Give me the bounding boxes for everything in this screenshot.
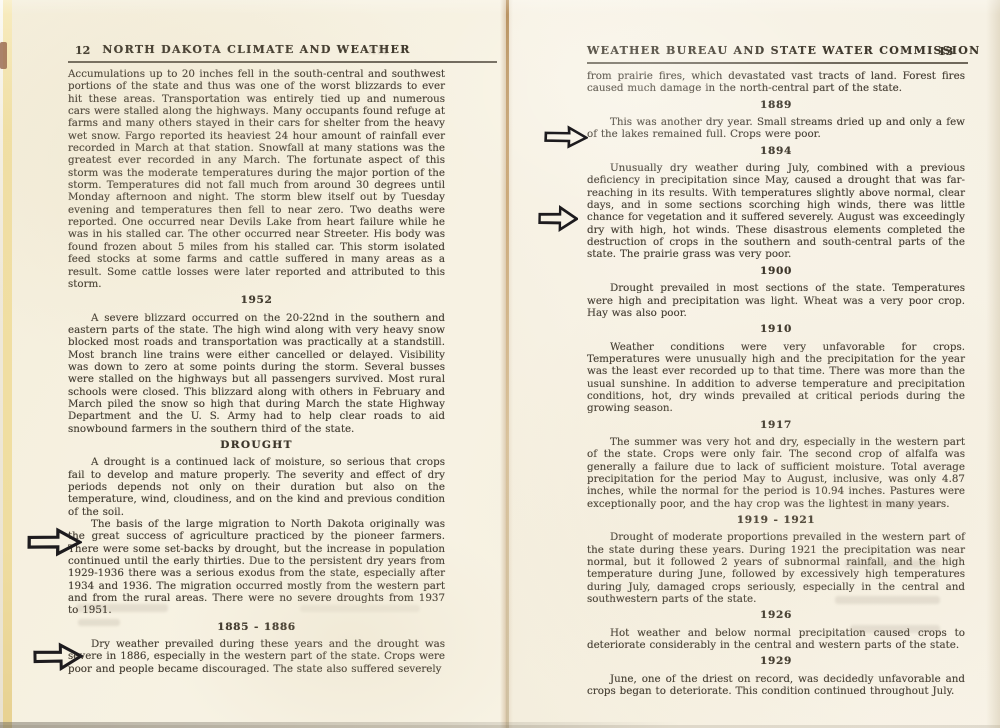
annotation-arrow-right-icon [27,527,82,558]
paragraph: The basis of the large migration to Nort… [68,518,445,617]
print-ghosting-smudge [850,625,940,633]
section-heading: 1900 [587,265,965,277]
annotation-arrow-right-icon [33,642,83,672]
paragraph: Drought of moderate proportions prevaile… [587,531,965,605]
paragraph: from prairie fires, which devastated vas… [587,70,965,95]
section-heading: 1929 [587,655,965,667]
annotation-arrow-right-icon [538,205,578,233]
header-rule-left [68,61,497,63]
paragraph: Drought prevailed in most sections of th… [587,282,965,319]
print-ghosting-smudge [78,619,120,626]
print-ghosting-smudge [860,500,940,508]
section-heading: 1952 [68,294,445,306]
book-edge-right [986,0,1000,728]
page-number-right: 13 [938,45,953,58]
book-scan: 12 NORTH DAKOTA CLIMATE AND WEATHER AM A… [0,0,1000,728]
paragraph: The summer was very hot and dry, especia… [587,436,965,510]
left-page: 12 NORTH DAKOTA CLIMATE AND WEATHER AM A… [0,0,505,728]
print-ghost-text: AM [368,46,389,57]
paragraph: A drought is a continued lack of moistur… [68,456,445,518]
section-heading: 1910 [587,323,965,335]
book-edge-left-yellow [3,0,12,728]
section-heading: 1889 [587,99,965,111]
paragraph: Unusually dry weather during July, combi… [587,162,965,261]
header-rule-right [587,62,968,64]
section-heading: 1917 [587,419,965,431]
section-heading: 1919 - 1921 [587,514,965,526]
print-ghosting-smudge [300,605,420,612]
left-page-body: Accumulations up to 20 inches fell in th… [68,68,445,675]
paragraph: This was another dry year. Small streams… [587,116,965,141]
book-edge-dark-mark [0,42,7,69]
running-title-right: WEATHER BUREAU AND STATE WATER COMMISSIO… [587,44,965,57]
print-ghosting-smudge [845,560,940,568]
right-page: WEATHER BUREAU AND STATE WATER COMMISSIO… [505,0,1000,728]
section-heading: 1885 - 1886 [68,621,445,633]
page-gutter-line [506,0,509,728]
section-heading: 1926 [587,609,965,621]
paragraph: Weather conditions were very unfavorable… [587,341,965,415]
paragraph: Dry weather prevailed during these years… [68,638,445,675]
paragraph: Accumulations up to 20 inches fell in th… [68,68,445,290]
annotation-arrow-right-icon [544,124,589,150]
paragraph: June, one of the driest on record, was d… [587,673,965,698]
section-heading: 1894 [587,145,965,157]
print-ghosting-smudge [835,596,940,604]
paragraph: A severe blizzard occurred on the 20-22n… [68,312,445,435]
section-heading: DROUGHT [68,439,445,451]
print-ghosting-smudge [76,604,168,612]
